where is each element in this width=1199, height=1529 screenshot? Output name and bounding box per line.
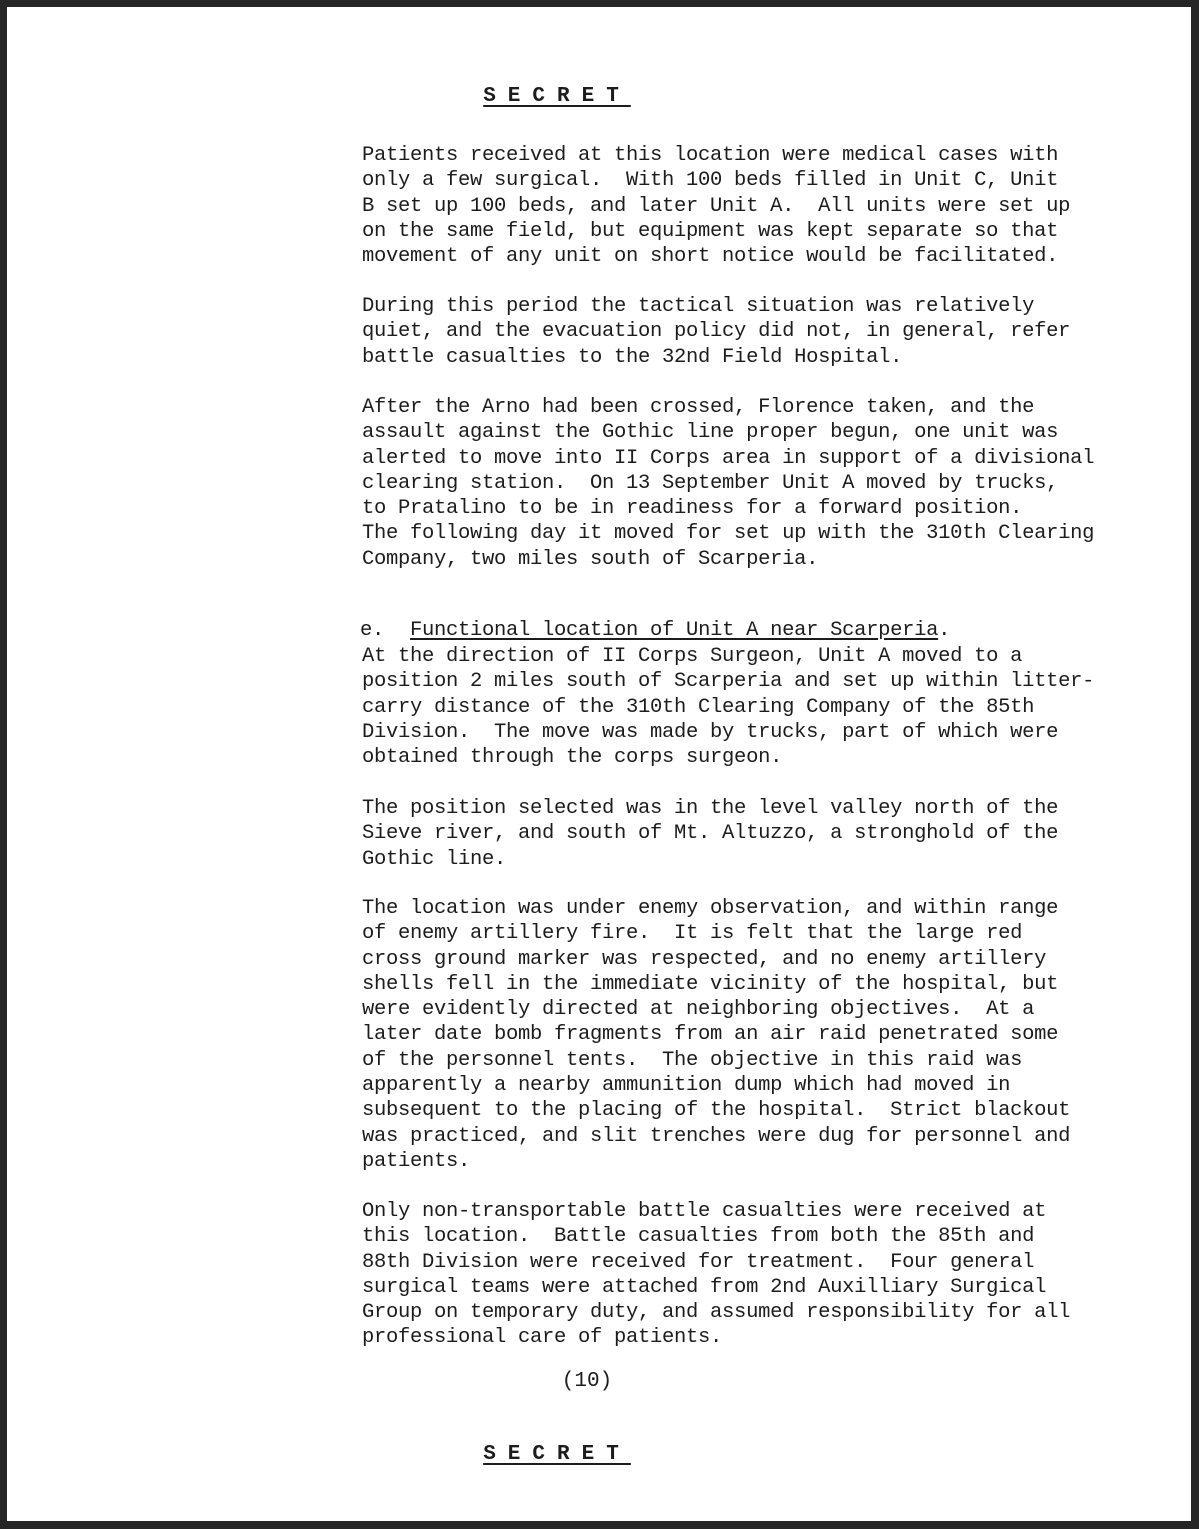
text-line: on the same field, but equipment was kep… [362, 219, 1152, 244]
text-line: alerted to move into II Corps area in su… [362, 446, 1152, 471]
text-line: After the Arno had been crossed, Florenc… [362, 395, 1152, 420]
document-page: SECRET Patients received at this locatio… [7, 7, 1191, 1521]
text-line: Division. The move was made by trucks, p… [362, 720, 1152, 745]
text-line: surgical teams were attached from 2nd Au… [362, 1275, 1152, 1300]
text-line: subsequent to the placing of the hospita… [362, 1098, 1152, 1123]
text-line: to Pratalino to be in readiness for a fo… [362, 496, 1152, 521]
text-line: quiet, and the evacuation policy did not… [362, 319, 1152, 344]
text-line: only a few surgical. With 100 beds fille… [362, 168, 1152, 193]
text-line: The location was under enemy observation… [362, 896, 1152, 921]
paragraph-arno-crossed: After the Arno had been crossed, Florenc… [362, 395, 1152, 572]
paragraph-position-selected: The position selected was in the level v… [362, 796, 1152, 872]
classification-footer: SECRET [0, 1443, 1149, 1466]
text-line: movement of any unit on short notice wou… [362, 244, 1152, 269]
section-title: Functional location of Unit A near Scarp… [410, 619, 938, 642]
text-line: B set up 100 beds, and later Unit A. All… [362, 194, 1152, 219]
text-line: The position selected was in the level v… [362, 796, 1152, 821]
paragraph-non-transportable: Only non-transportable battle casualties… [362, 1199, 1152, 1351]
classification-footer-text: SECRET [483, 1443, 631, 1466]
paragraph-tactical-situation: During this period the tactical situatio… [362, 294, 1152, 370]
text-line: Gothic line. [362, 847, 1152, 872]
text-line: position 2 miles south of Scarperia and … [362, 669, 1152, 694]
text-line: of enemy artillery fire. It is felt that… [362, 921, 1152, 946]
section-letter: e. [360, 618, 410, 643]
text-line: Group on temporary duty, and assumed res… [362, 1300, 1152, 1325]
text-line: cross ground marker was respected, and n… [362, 947, 1152, 972]
text-line: obtained through the corps surgeon. [362, 745, 1152, 770]
classification-header: SECRET [0, 85, 1149, 108]
text-line: shells fell in the immediate vicinity of… [362, 972, 1152, 997]
classification-header-text: SECRET [483, 85, 631, 108]
text-line: Company, two miles south of Scarperia. [362, 547, 1152, 572]
text-line: battle casualties to the 32nd Field Hosp… [362, 345, 1152, 370]
text-line: apparently a nearby ammunition dump whic… [362, 1073, 1152, 1098]
paragraph-patients-received: Patients received at this location were … [362, 143, 1152, 269]
text-line: assault against the Gothic line proper b… [362, 420, 1152, 445]
text-line: Patients received at this location were … [362, 143, 1152, 168]
text-line: 88th Division were received for treatmen… [362, 1250, 1152, 1275]
paragraph-corps-surgeon-direction: At the direction of II Corps Surgeon, Un… [362, 644, 1152, 770]
page-number: (10) [0, 1370, 1183, 1393]
text-line: clearing station. On 13 September Unit A… [362, 471, 1152, 496]
text-line: this location. Battle casualties from bo… [362, 1224, 1152, 1249]
text-line: professional care of patients. [362, 1325, 1152, 1350]
text-line: carry distance of the 310th Clearing Com… [362, 695, 1152, 720]
text-line: of the personnel tents. The objective in… [362, 1048, 1152, 1073]
text-line: was practiced, and slit trenches were du… [362, 1124, 1152, 1149]
text-line: During this period the tactical situatio… [362, 294, 1152, 319]
text-line: later date bomb fragments from an air ra… [362, 1022, 1152, 1047]
text-line: The following day it moved for set up wi… [362, 521, 1152, 546]
text-line: Only non-transportable battle casualties… [362, 1199, 1152, 1224]
text-line: At the direction of II Corps Surgeon, Un… [362, 644, 1152, 669]
section-title-suffix: . [938, 619, 950, 642]
text-line: patients. [362, 1149, 1152, 1174]
text-line: Sieve river, and south of Mt. Altuzzo, a… [362, 821, 1152, 846]
paragraph-enemy-observation: The location was under enemy observation… [362, 896, 1152, 1174]
text-line: were evidently directed at neighboring o… [362, 997, 1152, 1022]
